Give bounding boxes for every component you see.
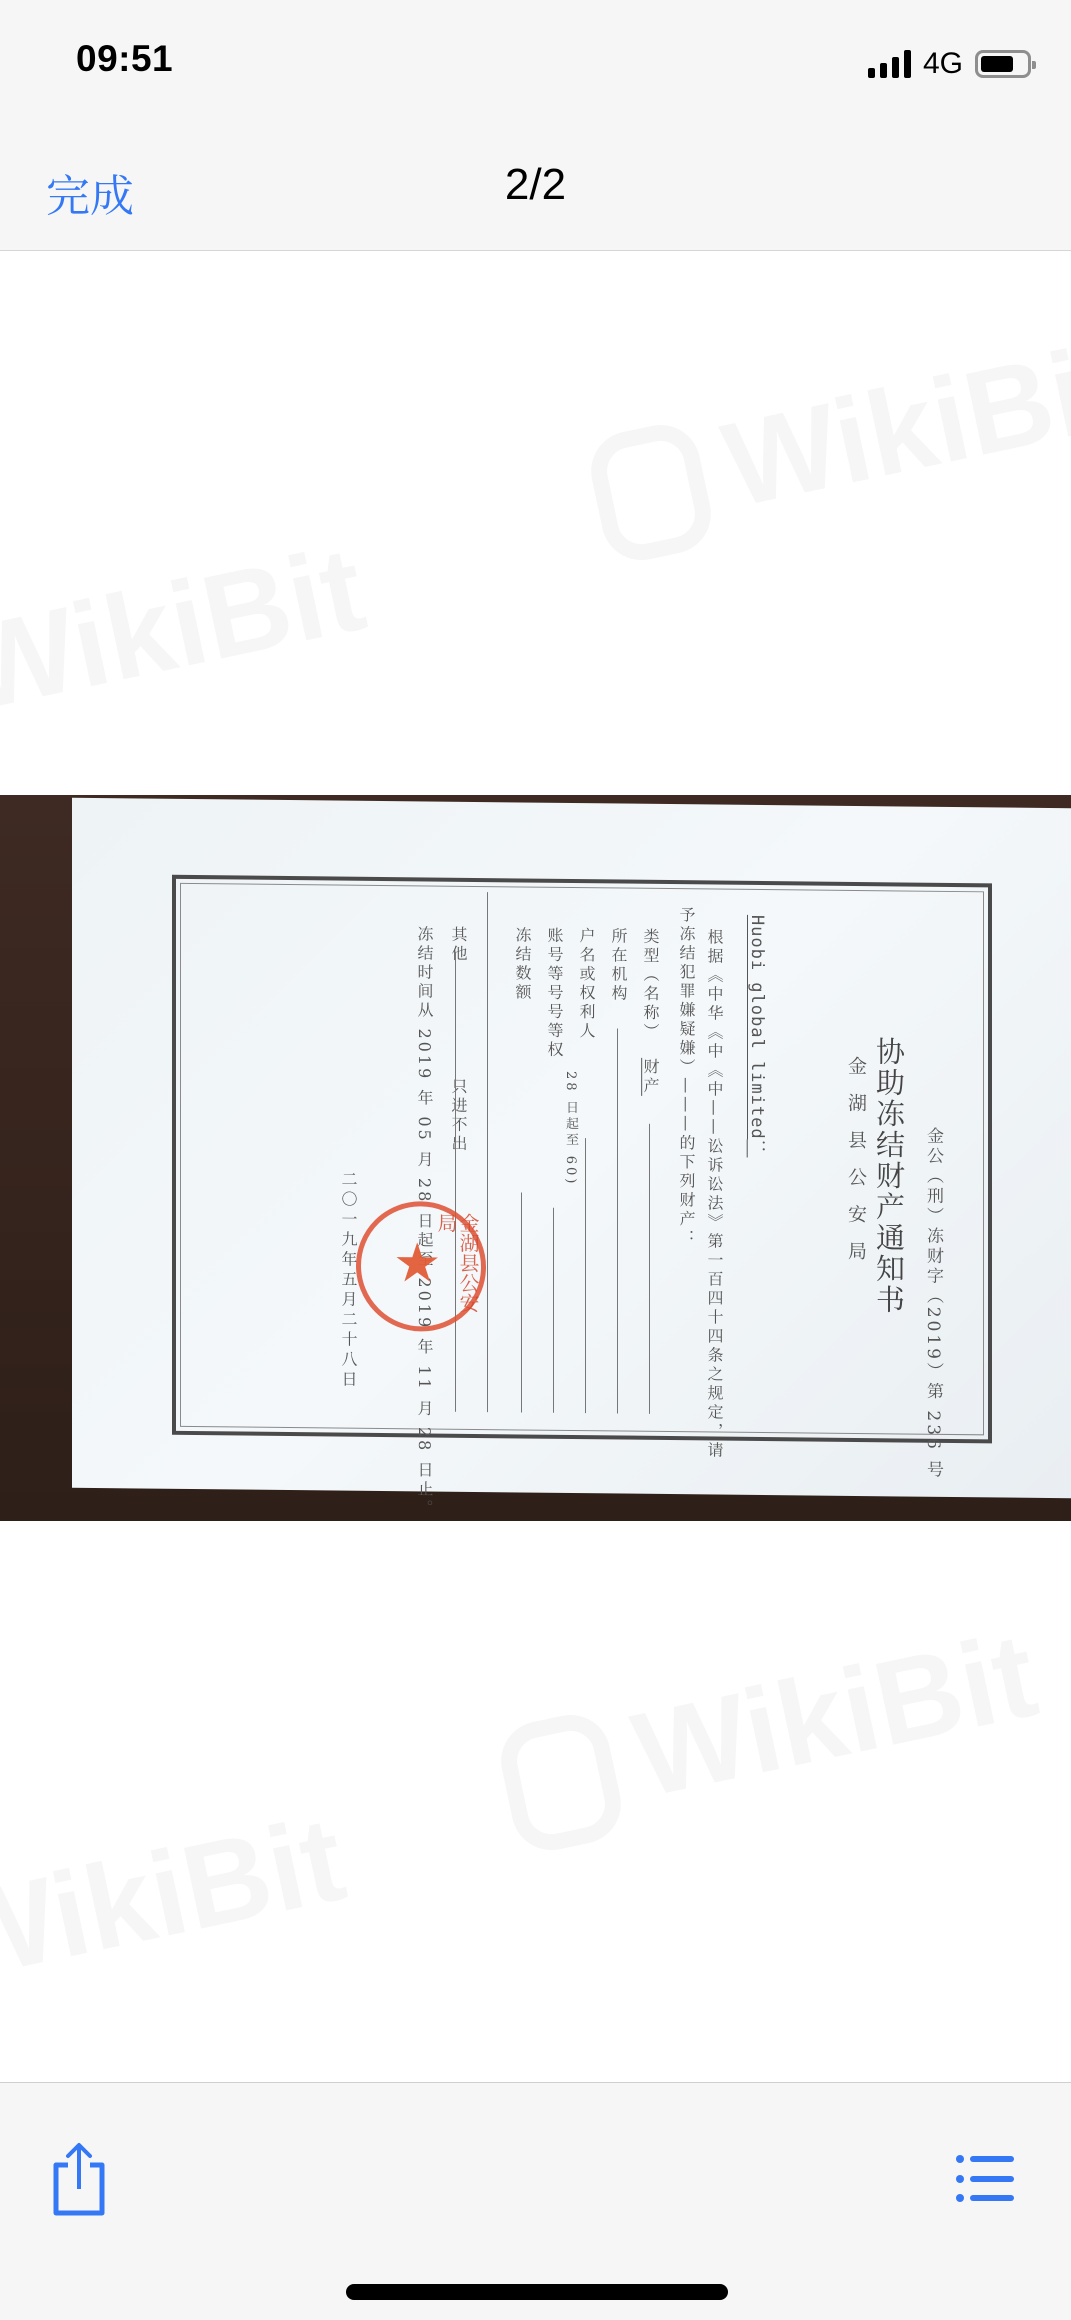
page-counter: 2/2 (0, 160, 1071, 210)
list-button[interactable] (954, 2151, 1020, 2207)
share-button[interactable] (46, 2139, 112, 2219)
document-reference: 金公（刑）冻财字（2019）第 236 号 (921, 1127, 946, 1481)
document-addressee: Huobi global limited： (745, 915, 770, 1158)
watermark: WikiBit (0, 519, 376, 738)
cellular-signal-icon (868, 50, 911, 78)
top-navigation-bar: 09:51 4G 完成 2/2 (0, 0, 1071, 251)
share-icon (46, 2139, 112, 2219)
document-date: 二〇一九年五月二十八日 (337, 1171, 360, 1391)
document-photo[interactable]: 金 湖 县 公 安 局 协助冻结财产通知书 金公（刑）冻财字（2019）第 23… (0, 795, 1071, 1521)
field-account-value: 28 日起至 60) (561, 1071, 580, 1187)
field-holder: 户名或权利人 (575, 927, 598, 1041)
document-issuer: 金 湖 县 公 安 局 (843, 1056, 870, 1266)
document-frame: 金 湖 县 公 安 局 协助冻结财产通知书 金公（刑）冻财字（2019）第 23… (172, 875, 992, 1444)
document-basis-line-1: 根据《中华《中《中——讼诉讼法》第一百四十四条之规定，请 (703, 928, 726, 1460)
field-institution: 所在机构 (607, 927, 630, 1003)
field-type: 类型（名称） 财产 (639, 928, 662, 1096)
list-icon (954, 2151, 1020, 2207)
star-icon: ★ (393, 1236, 441, 1291)
battery-icon (975, 50, 1031, 78)
watermark: WikiBit (581, 315, 1071, 567)
status-indicators: 4G (868, 44, 1031, 84)
document-paper: 金 湖 县 公 安 局 协助冻结财产通知书 金公（刑）冻财字（2019）第 23… (72, 798, 1071, 1498)
official-seal: 金湖县公安局 ★ (356, 1201, 486, 1332)
network-type: 4G (923, 47, 963, 81)
watermark: WikiBit (0, 1789, 356, 2008)
field-amount: 冻结数额 (511, 926, 534, 1002)
field-other-value: 只进不出 (447, 1078, 470, 1154)
document-title: 协助冻结财产通知书 (869, 1036, 910, 1315)
watermark: WikiBit (491, 1605, 1049, 1857)
status-time: 09:51 (76, 38, 173, 80)
field-account: 账号等号号等权 (543, 927, 566, 1060)
home-indicator[interactable] (346, 2284, 728, 2300)
field-other: 其他 (447, 926, 470, 964)
document-basis-line-2: 予冻结犯罪嫌疑嫌）———的下列财产： (675, 906, 698, 1248)
